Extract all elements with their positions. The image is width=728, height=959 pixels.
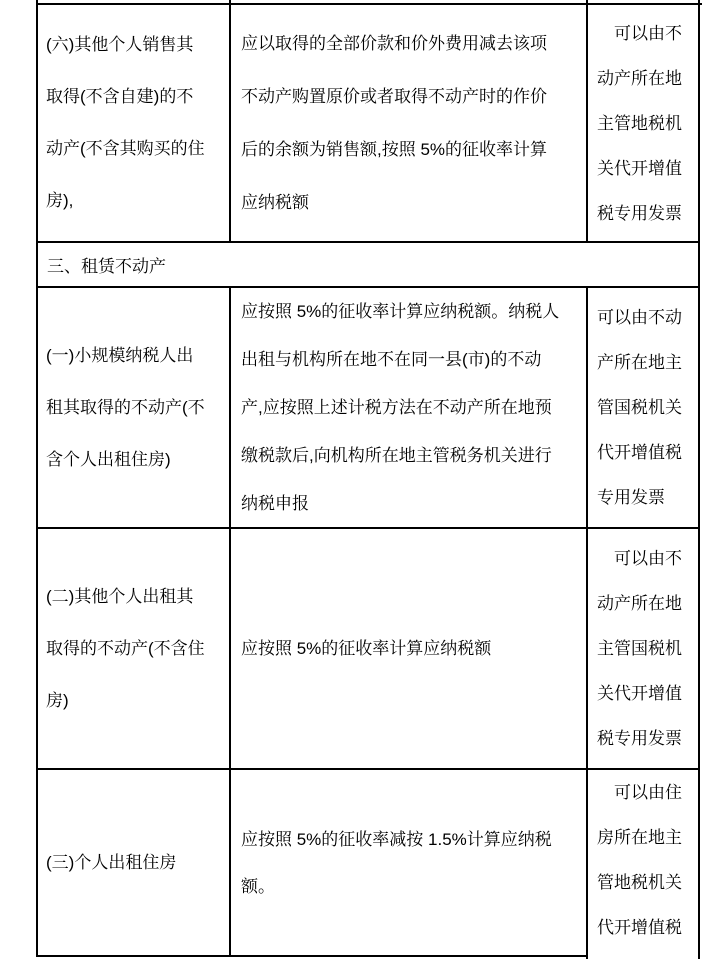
category-text: (二)其他个人出租其 取得的不动产(不含住 房) xyxy=(46,571,205,727)
table-border-stub xyxy=(698,953,700,959)
invoice-text: 可以由不动 产所在地主 管国税机关 代开增值税 专用发票 xyxy=(597,295,682,520)
invoice-text: 可以由住 房所在地主 管地税机关 代开增值税 xyxy=(597,770,682,950)
table-border-stub xyxy=(698,0,700,3)
category-cell-sale-other-individual: (六)其他个人销售其 取得(不含自建)的不 动产(不含其购买的住 房), xyxy=(38,5,231,243)
table-border-stub xyxy=(36,0,38,3)
category-text: (一)小规模纳税人出 租其取得的不动产(不 含个人出租住房) xyxy=(46,330,205,486)
section-title: 三、租赁不动产 xyxy=(47,252,166,277)
method-text: 应按照 5%的征收率计算应纳税额。纳税人 出租与机构所在地不在同一县(市)的不动… xyxy=(241,288,559,528)
category-cell-other-individual-lease: (二)其他个人出租其 取得的不动产(不含住 房) xyxy=(38,529,231,770)
invoice-cell-sale-other-individual: 可以由不 动产所在地 主管地税机 关代开增值 税专用发票 xyxy=(588,5,700,243)
table-border-stub xyxy=(229,0,231,3)
method-text: 应按照 5%的征收率计算应纳税额 xyxy=(241,625,491,673)
invoice-cell-small-scale-lease: 可以由不动 产所在地主 管国税机关 代开增值税 专用发票 xyxy=(588,288,700,529)
method-cell-other-individual-lease: 应按照 5%的征收率计算应纳税额 xyxy=(231,529,588,770)
tax-table: (六)其他个人销售其 取得(不含自建)的不 动产(不含其购买的住 房), 应以取… xyxy=(36,3,702,957)
category-text: (三)个人出租住房 xyxy=(46,837,176,889)
method-cell-small-scale-lease: 应按照 5%的征收率计算应纳税额。纳税人 出租与机构所在地不在同一县(市)的不动… xyxy=(231,288,588,529)
table-border-stub xyxy=(586,953,588,959)
invoice-text: 可以由不 动产所在地 主管地税机 关代开增值 税专用发票 xyxy=(597,11,682,236)
category-cell-individual-housing-lease: (三)个人出租住房 xyxy=(38,770,231,957)
method-cell-individual-housing-lease: 应按照 5%的征收率减按 1.5%计算应纳税 额。 xyxy=(231,770,588,957)
method-text: 应以取得的全部价款和价外费用减去该项 不动产购置原价或者取得不动产时的作价 后的… xyxy=(241,17,547,229)
invoice-text: 可以由不 动产所在地 主管国税机 关代开增值 税专用发票 xyxy=(597,536,682,761)
method-text: 应按照 5%的征收率减按 1.5%计算应纳税 额。 xyxy=(241,816,552,910)
invoice-cell-individual-housing-lease: 可以由住 房所在地主 管地税机关 代开增值税 xyxy=(588,770,700,957)
invoice-cell-other-individual-lease: 可以由不 动产所在地 主管国税机 关代开增值 税专用发票 xyxy=(588,529,700,770)
category-text: (六)其他个人销售其 取得(不含自建)的不 动产(不含其购买的住 房), xyxy=(46,19,205,227)
document-page: (六)其他个人销售其 取得(不含自建)的不 动产(不含其购买的住 房), 应以取… xyxy=(0,0,728,959)
method-cell-sale-other-individual: 应以取得的全部价款和价外费用减去该项 不动产购置原价或者取得不动产时的作价 后的… xyxy=(231,5,588,243)
section-row-leasing: 三、租赁不动产 xyxy=(38,243,700,288)
table-border-stub xyxy=(586,0,588,3)
category-cell-small-scale-lease: (一)小规模纳税人出 租其取得的不动产(不 含个人出租住房) xyxy=(38,288,231,529)
